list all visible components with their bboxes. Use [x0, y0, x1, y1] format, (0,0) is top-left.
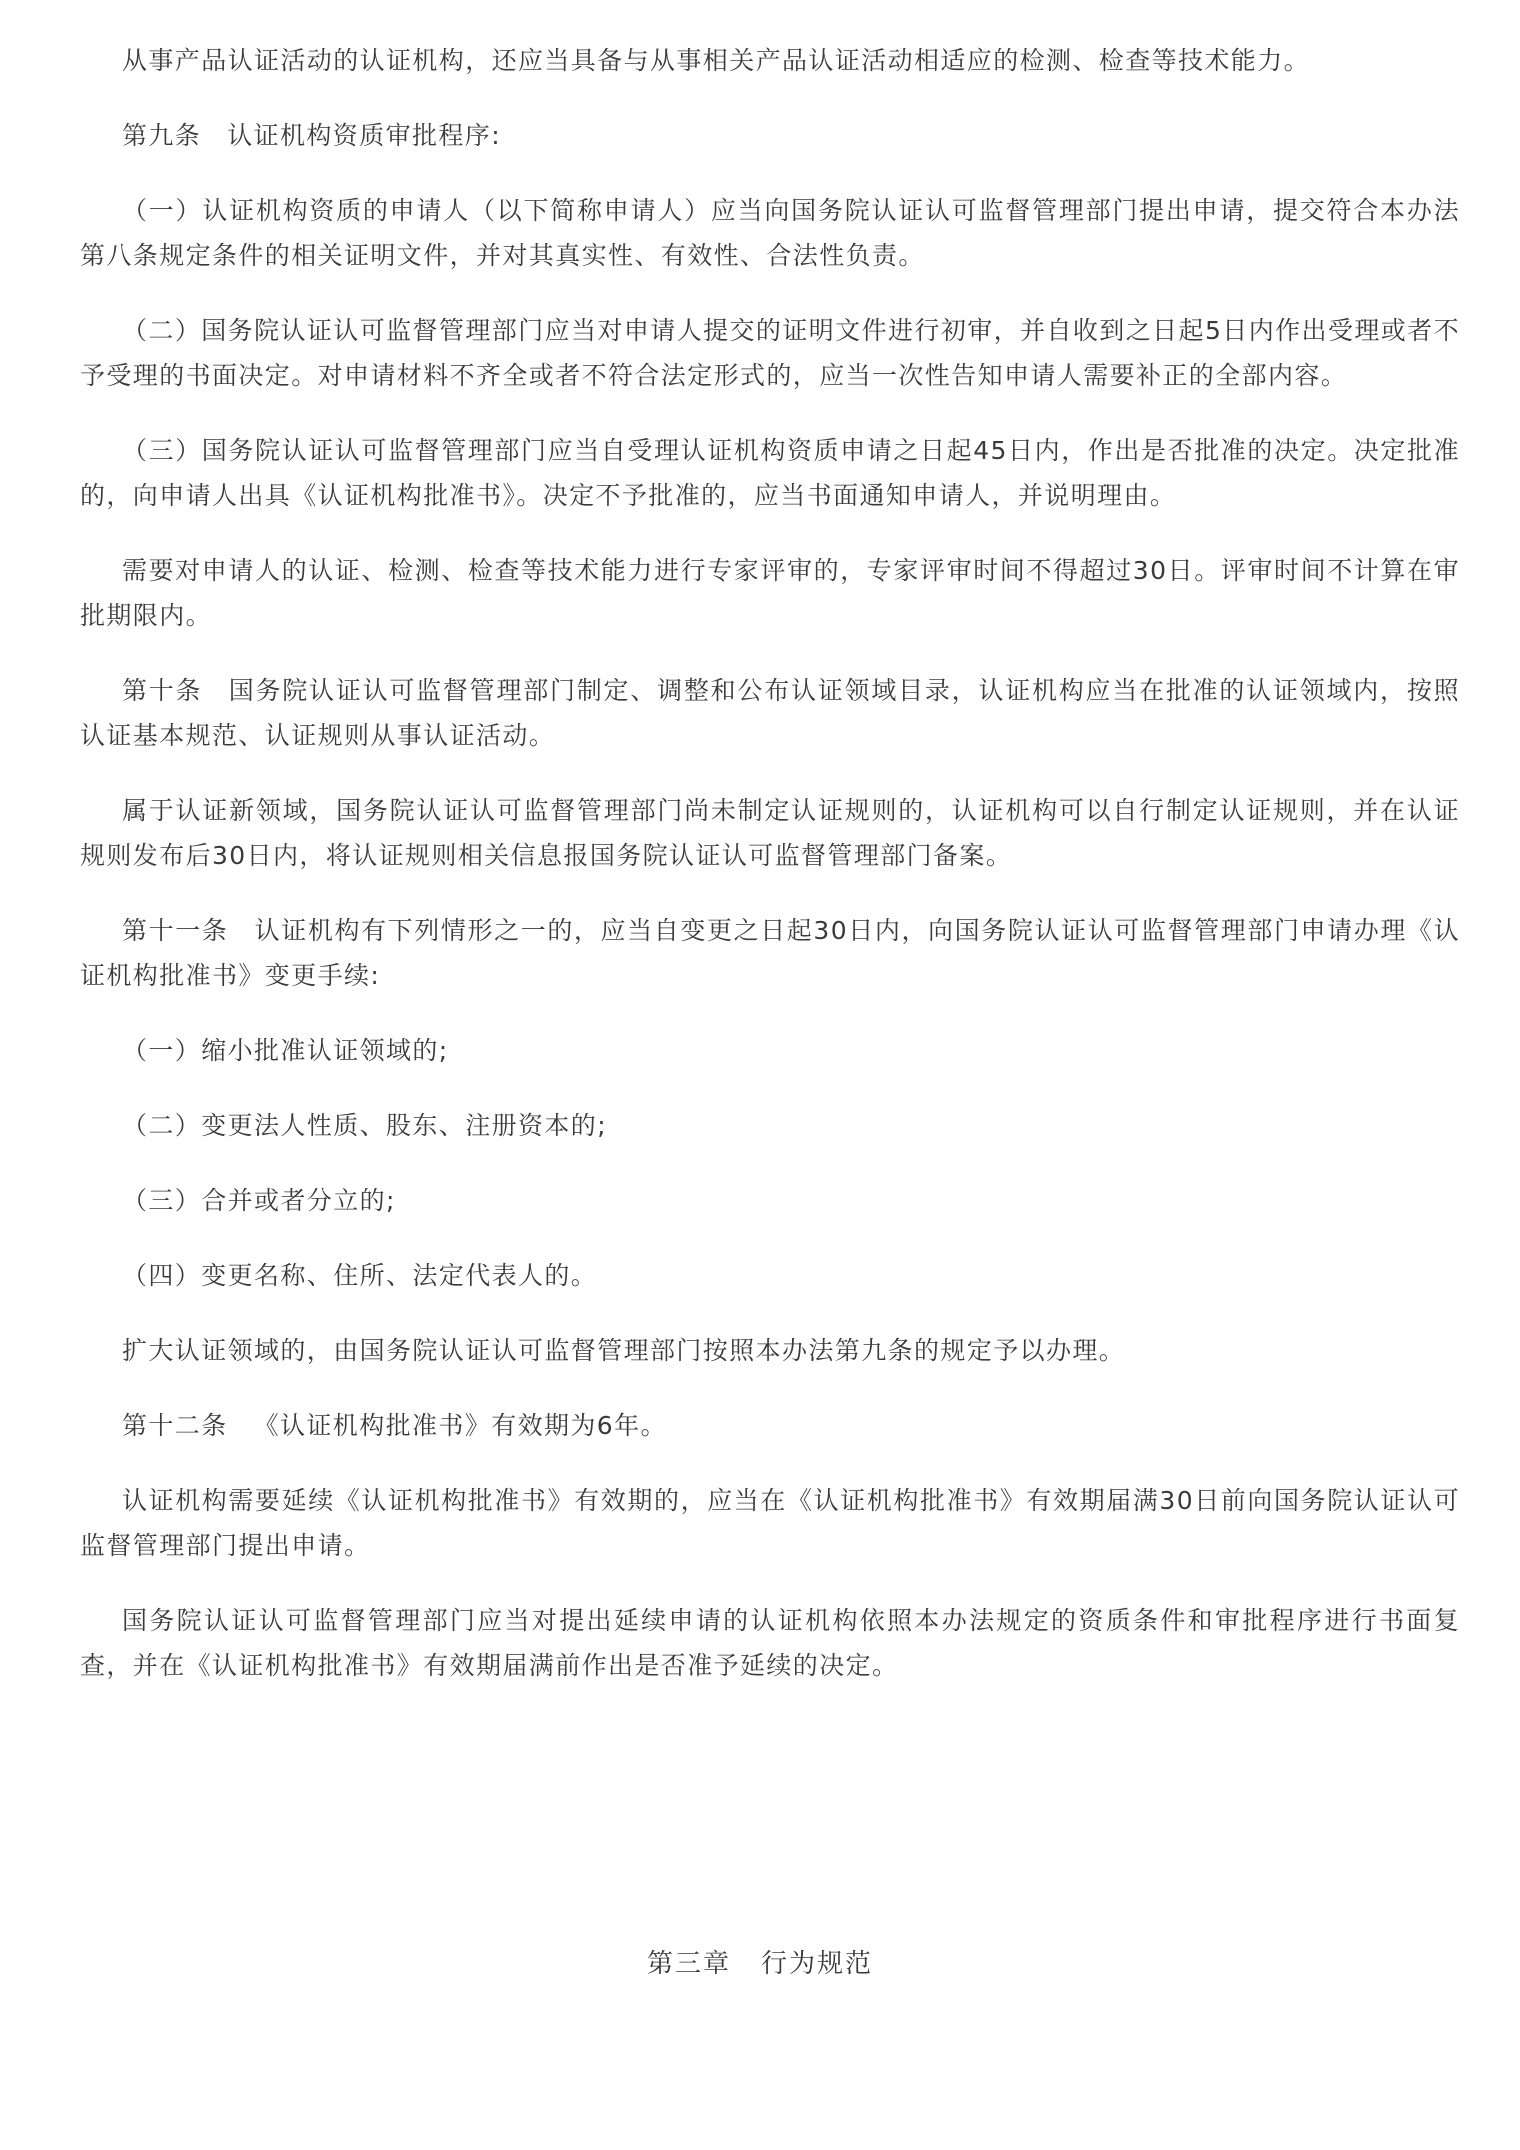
- paragraph-4: （二）国务院认证认可监督管理部门应当对申请人提交的证明文件进行初审，并自收到之日…: [80, 308, 1460, 398]
- paragraph-text: （四）变更名称、住所、法定代表人的。: [122, 1261, 597, 1290]
- paragraph-text: （一）认证机构资质的申请人（以下简称申请人）应当向国务院认证认可监督管理部门提出…: [80, 196, 1460, 270]
- paragraph-text: 属于认证新领域，国务院认证认可监督管理部门尚未制定认证规则的，认证机构可以自行制…: [80, 796, 1460, 870]
- list-item-3: （三）合并或者分立的;: [80, 1178, 1460, 1223]
- paragraph-text: 国务院认证认可监督管理部门制定、调整和公布认证领域目录，认证机构应当在批准的认证…: [80, 676, 1460, 750]
- article-12: 第十二条《认证机构批准书》有效期为6年。: [80, 1403, 1460, 1448]
- paragraph-14: 扩大认证领域的，由国务院认证认可监督管理部门按照本办法第九条的规定予以办理。: [80, 1328, 1460, 1373]
- paragraph-8: 属于认证新领域，国务院认证认可监督管理部门尚未制定认证规则的，认证机构可以自行制…: [80, 788, 1460, 878]
- paragraph-text: 认证机构资质审批程序:: [227, 121, 501, 150]
- paragraph-text: 扩大认证领域的，由国务院认证认可监督管理部门按照本办法第九条的规定予以办理。: [122, 1336, 1125, 1365]
- article-label: 第十二条: [122, 1411, 228, 1440]
- article-11: 第十一条认证机构有下列情形之一的，应当自变更之日起30日内，向国务院认证认可监督…: [80, 908, 1460, 998]
- article-label: 第十条: [122, 676, 202, 705]
- article-9-heading: 第九条认证机构资质审批程序:: [80, 113, 1460, 158]
- article-label: 第十一条: [122, 916, 228, 945]
- paragraph-text: （二）国务院认证认可监督管理部门应当对申请人提交的证明文件进行初审，并自收到之日…: [80, 316, 1460, 390]
- paragraph-text: 认证机构需要延续《认证机构批准书》有效期的，应当在《认证机构批准书》有效期届满3…: [80, 1486, 1460, 1560]
- article-label: 第九条: [122, 121, 201, 150]
- list-item-4: （四）变更名称、住所、法定代表人的。: [80, 1253, 1460, 1298]
- list-item-2: （二）变更法人性质、股东、注册资本的;: [80, 1103, 1460, 1148]
- paragraph-1: 从事产品认证活动的认证机构，还应当具备与从事相关产品认证活动相适应的检测、检查等…: [80, 38, 1460, 83]
- chapter-number: 第三章: [647, 1949, 731, 1979]
- paragraph-16: 认证机构需要延续《认证机构批准书》有效期的，应当在《认证机构批准书》有效期届满3…: [80, 1478, 1460, 1568]
- document-page: 从事产品认证活动的认证机构，还应当具备与从事相关产品认证活动相适应的检测、检查等…: [80, 38, 1460, 1718]
- paragraph-6: 需要对申请人的认证、检测、检查等技术能力进行专家评审的，专家评审时间不得超过30…: [80, 548, 1460, 638]
- list-item-1: （一）缩小批准认证领域的;: [80, 1028, 1460, 1073]
- article-10: 第十条国务院认证认可监督管理部门制定、调整和公布认证领域目录，认证机构应当在批准…: [80, 668, 1460, 758]
- paragraph-text: （三）国务院认证认可监督管理部门应当自受理认证机构资质申请之日起45日内，作出是…: [80, 436, 1460, 510]
- paragraph-3: （一）认证机构资质的申请人（以下简称申请人）应当向国务院认证认可监督管理部门提出…: [80, 188, 1460, 278]
- chapter-title: 行为规范: [761, 1949, 873, 1979]
- paragraph-text: 认证机构有下列情形之一的，应当自变更之日起30日内，向国务院认证认可监督管理部门…: [80, 916, 1460, 990]
- paragraph-text: （一）缩小批准认证领域的;: [122, 1036, 449, 1065]
- paragraph-text: （二）变更法人性质、股东、注册资本的;: [122, 1111, 607, 1140]
- paragraph-text: 《认证机构批准书》有效期为6年。: [254, 1411, 667, 1440]
- paragraph-text: （三）合并或者分立的;: [122, 1186, 396, 1215]
- paragraph-5: （三）国务院认证认可监督管理部门应当自受理认证机构资质申请之日起45日内，作出是…: [80, 428, 1460, 518]
- paragraph-text: 国务院认证认可监督管理部门应当对提出延续申请的认证机构依照本办法规定的资质条件和…: [80, 1606, 1460, 1680]
- paragraph-text: 从事产品认证活动的认证机构，还应当具备与从事相关产品认证活动相适应的检测、检查等…: [122, 46, 1310, 75]
- chapter-heading: 第三章行为规范: [0, 1944, 1520, 1984]
- paragraph-17: 国务院认证认可监督管理部门应当对提出延续申请的认证机构依照本办法规定的资质条件和…: [80, 1598, 1460, 1688]
- paragraph-text: 需要对申请人的认证、检测、检查等技术能力进行专家评审的，专家评审时间不得超过30…: [80, 556, 1460, 630]
